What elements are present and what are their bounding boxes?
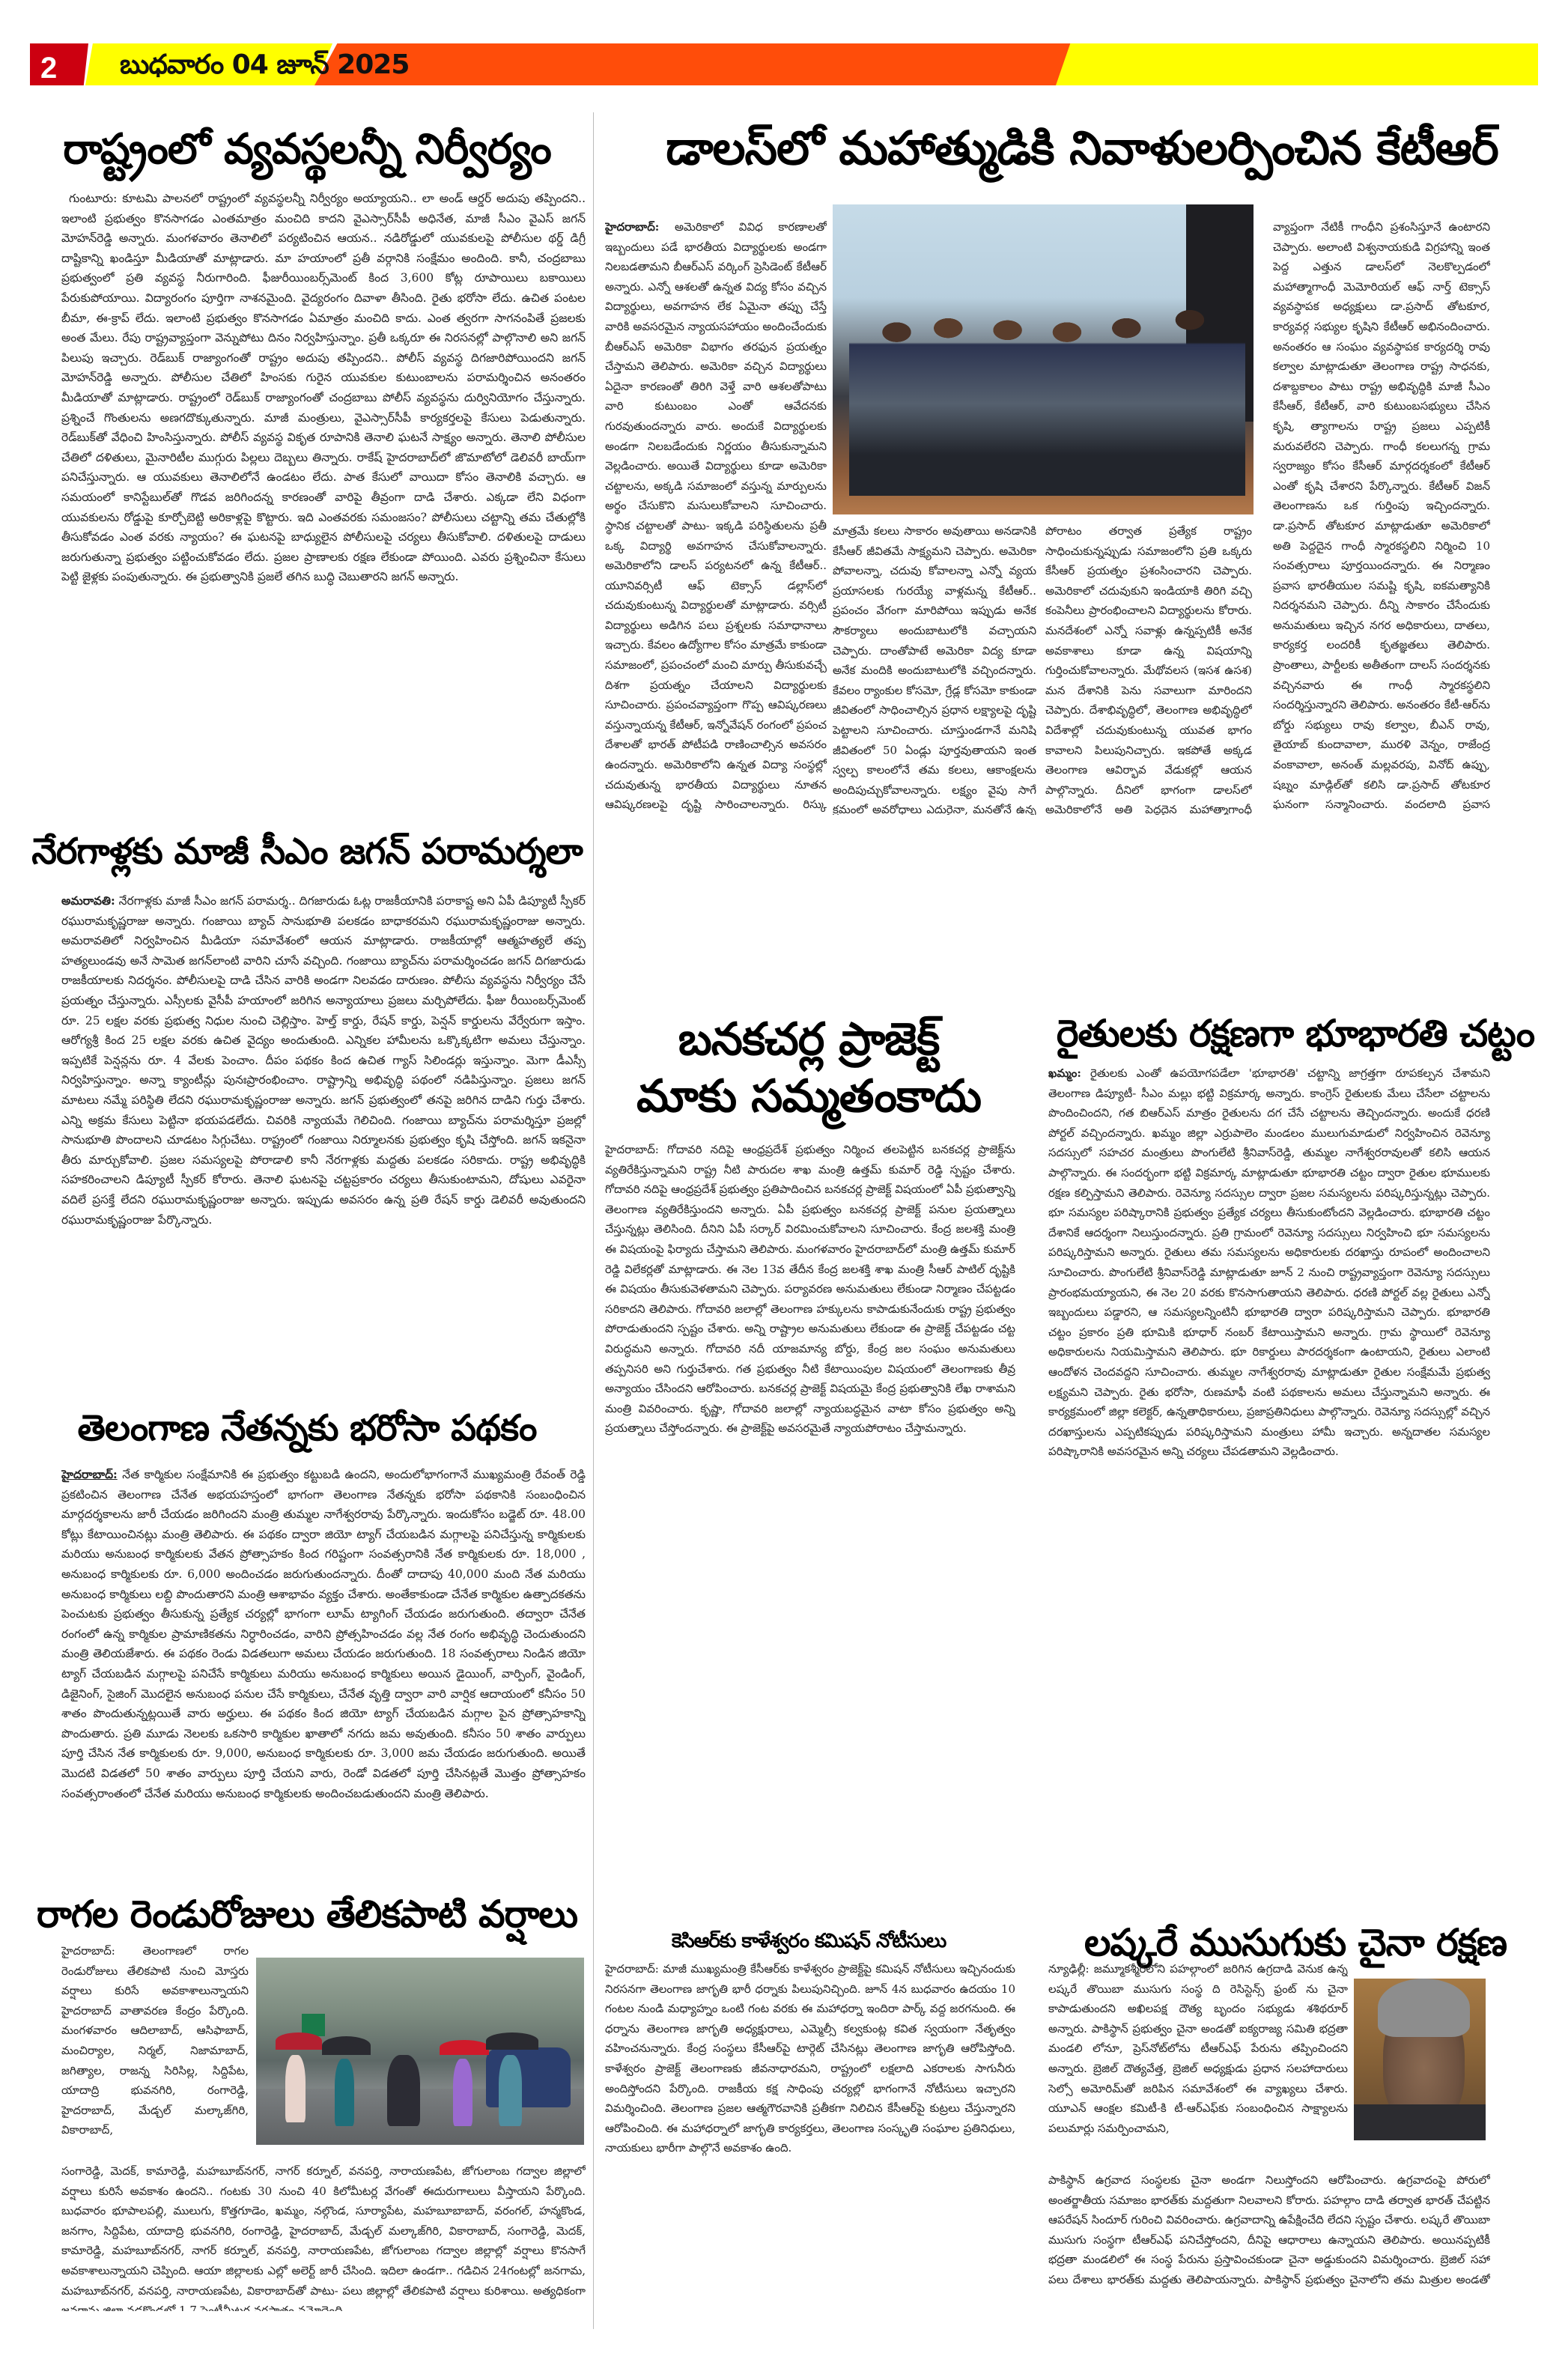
pedestrian: [285, 2055, 305, 2122]
article-ktr-col1: హైదరాబాద్: అమెరికాలో వివిధ కారణాలతో ఇబ్బ…: [605, 217, 827, 815]
column-divider: [593, 112, 594, 2329]
article-body: గోదావరి నదిపై ఆంధ్రప్రదేశ్ ప్రభుత్వం నిర…: [605, 1143, 1015, 1435]
headline-rains: రాగల రెండురోజులు తేలికపాటి వర్షాలు: [30, 1893, 584, 1937]
headline-bhubharati: రైతులకు రక్షణగా భూభారతి చట్టం: [1026, 1013, 1565, 1056]
dateline: న్యూఢిల్లీ:: [1048, 1962, 1090, 1976]
dateline: ఖమ్మం:: [1048, 1066, 1081, 1080]
article-body: మాత్రమే కలలు సాకారం అవుతాయి అనడానికి కేస…: [833, 524, 1036, 815]
article-body: నేత కార్మికుల సంక్షేమానికి ఈ ప్రభుత్వం క…: [61, 1468, 586, 1800]
headline-ktr-dallas: డాలస్‌లో మహాత్ముడికి నివాళులర్పించిన కేట…: [599, 121, 1565, 174]
article-body: సంగారెడ్డి, మెదక్, కామారెడ్డి, మహబూబ్‌నగ…: [61, 2164, 586, 2311]
date-line: బుధవారం 04 జూన్ 2025: [120, 48, 409, 82]
hair: [1378, 1979, 1470, 2037]
article-state-systems: గుంటూరు: కూటమి పాలనలో రాష్ట్రంలో వ్యవస్థ…: [61, 189, 586, 809]
article-body: జమ్మూకశ్మీర్‌లోని పహల్గాంలో జరిగిన ఉగ్రద…: [1048, 1962, 1348, 2135]
umbrella-red: [276, 2032, 321, 2050]
article-ktr-col2: మాత్రమే కలలు సాకారం అవుతాయి అనడానికి కేస…: [833, 521, 1036, 815]
article-lashkar-full: పాకిస్థాన్ ఉగ్రవాద సంస్థలకు చైనా అండగా న…: [1048, 2170, 1490, 2290]
article-weavers: హైదరాబాద్: నేత కార్మికుల సంక్షేమానికి ఈ …: [61, 1465, 586, 1863]
article-banakacherla: హైదరాబాద్: గోదావరి నదిపై ఆంధ్రప్రదేశ్ ప్…: [605, 1140, 1015, 1910]
umbrella-red-2: [440, 2040, 489, 2055]
headline-weavers: తెలంగాణ నేతన్నకు భరోసా పథకం: [30, 1408, 584, 1449]
article-body: రైతులకు ఎంతో ఉపయోగపడేలా 'భూభారతి' చట్టాన…: [1048, 1066, 1490, 1458]
article-body: అమెరికాలో వివిధ కారణాలతో ఇబ్బందులు పడే భ…: [605, 220, 827, 815]
umbrella-black-2: [486, 2032, 538, 2050]
headline-kcr-notice: కెసిఆర్‌కు కాళేశ్వరం కమిషన్ నోటీసులు: [599, 1931, 1018, 1953]
dateline: హైదరాబాద్:: [605, 220, 659, 234]
suit: [1354, 2104, 1486, 2140]
headline-line-2: మాకు సమ్మతంకాదు: [599, 1068, 1018, 1125]
article-body: నేరగాళ్లకు మాజీ సీఎం జగన్ పరామర్శ.. దిగజ…: [61, 894, 586, 1227]
pedestrian: [499, 2055, 522, 2126]
motorcyclist: [387, 2055, 420, 2126]
orange-band: [314, 43, 1072, 85]
article-body: మాజీ ముఖ్యమంత్రి కేసీఆర్‌కు కాళేశ్వరం ప్…: [605, 1962, 1015, 2155]
yellow-band-right: [1056, 43, 1538, 85]
page-number: 2: [40, 51, 57, 85]
article-bhubharati: ఖమ్మం: రైతులకు ఎంతో ఉపయోగపడేలా 'భూభారతి'…: [1048, 1063, 1490, 1910]
page-number-block: [30, 43, 88, 85]
masthead-band: 2 బుధవారం 04 జూన్ 2025: [30, 43, 1538, 85]
umbrella-black: [322, 2036, 371, 2055]
headline-jagan-visit: నేరగాళ్లకు మాజీ సీఎం జగన్ పరామర్శలా: [30, 831, 584, 872]
rain-street-photo: [256, 1958, 584, 2145]
article-kcr-notice: హైదరాబాద్: మాజీ ముఖ్యమంత్రి కేసీఆర్‌కు క…: [605, 1959, 1015, 2289]
article-jagan-visit: అమరావతి: నేరగాళ్లకు మాజీ సీఎం జగన్ పరామర…: [61, 891, 586, 1382]
article-ktr-col4: వ్యాప్తంగా నేటికీ గాంధీని ప్రశంసిస్తూనే …: [1273, 217, 1490, 815]
dateline: హైదరాబాద్:: [605, 1143, 659, 1156]
pedestrian: [335, 2059, 354, 2126]
headline-banakacherla: బనకచర్ల ప్రాజెక్ట్ మాకు సమ్మతంకాదు: [599, 1011, 1018, 1125]
article-body: కూటమి పాలనలో రాష్ట్రంలో వ్యవస్థలన్నీ నిర…: [61, 192, 586, 583]
dateline: హైదరాబాద్:: [61, 1467, 118, 1481]
dateline: హైదరాబాద్:: [61, 1944, 115, 1958]
article-ktr-col3: పోరాటం తర్వాత ప్రత్యేక రాష్ట్రం సాధించుక…: [1045, 521, 1252, 815]
group-photo: [833, 204, 1254, 514]
dateline: అమరావతి:: [61, 893, 115, 908]
article-body: వ్యాప్తంగా నేటికీ గాంధీని ప్రశంసిస్తూనే …: [1273, 220, 1490, 815]
dateline: హైదరాబాద్:: [605, 1962, 659, 1976]
pedestrian: [453, 2059, 472, 2126]
dateline: గుంటూరు:: [69, 192, 117, 205]
article-body: పాకిస్థాన్ ఉగ్రవాద సంస్థలకు చైనా అండగా న…: [1048, 2173, 1490, 2290]
article-rains-side: హైదరాబాద్: తెలంగాణలో రాగల రెండురోజులు తే…: [61, 1941, 249, 2161]
article-body: పోరాటం తర్వాత ప్రత్యేక రాష్ట్రం సాధించుక…: [1045, 524, 1252, 815]
headline-lashkar: లష్కరే ముసుగుకు చైనా రక్షణ: [1026, 1922, 1565, 1965]
article-rains-full: సంగారెడ్డి, మెదక్, కామారెడ్డి, మహబూబ్‌నగ…: [61, 2161, 586, 2311]
group-people: [849, 291, 1245, 496]
headline-state-systems: రాష్ట్రంలో వ్యవస్థలన్నీ నిర్వీర్యం: [30, 126, 584, 174]
article-lashkar-side: న్యూఢిల్లీ: జమ్మూకశ్మీర్‌లోని పహల్గాంలో …: [1048, 1959, 1348, 2170]
article-body: తెలంగాణలో రాగల రెండురోజులు తేలికపాటి నుం…: [61, 1944, 249, 2137]
headline-line-1: బనకచర్ల ప్రాజెక్ట్: [599, 1011, 1018, 1068]
tharoor-portrait-photo: [1354, 1979, 1486, 2140]
